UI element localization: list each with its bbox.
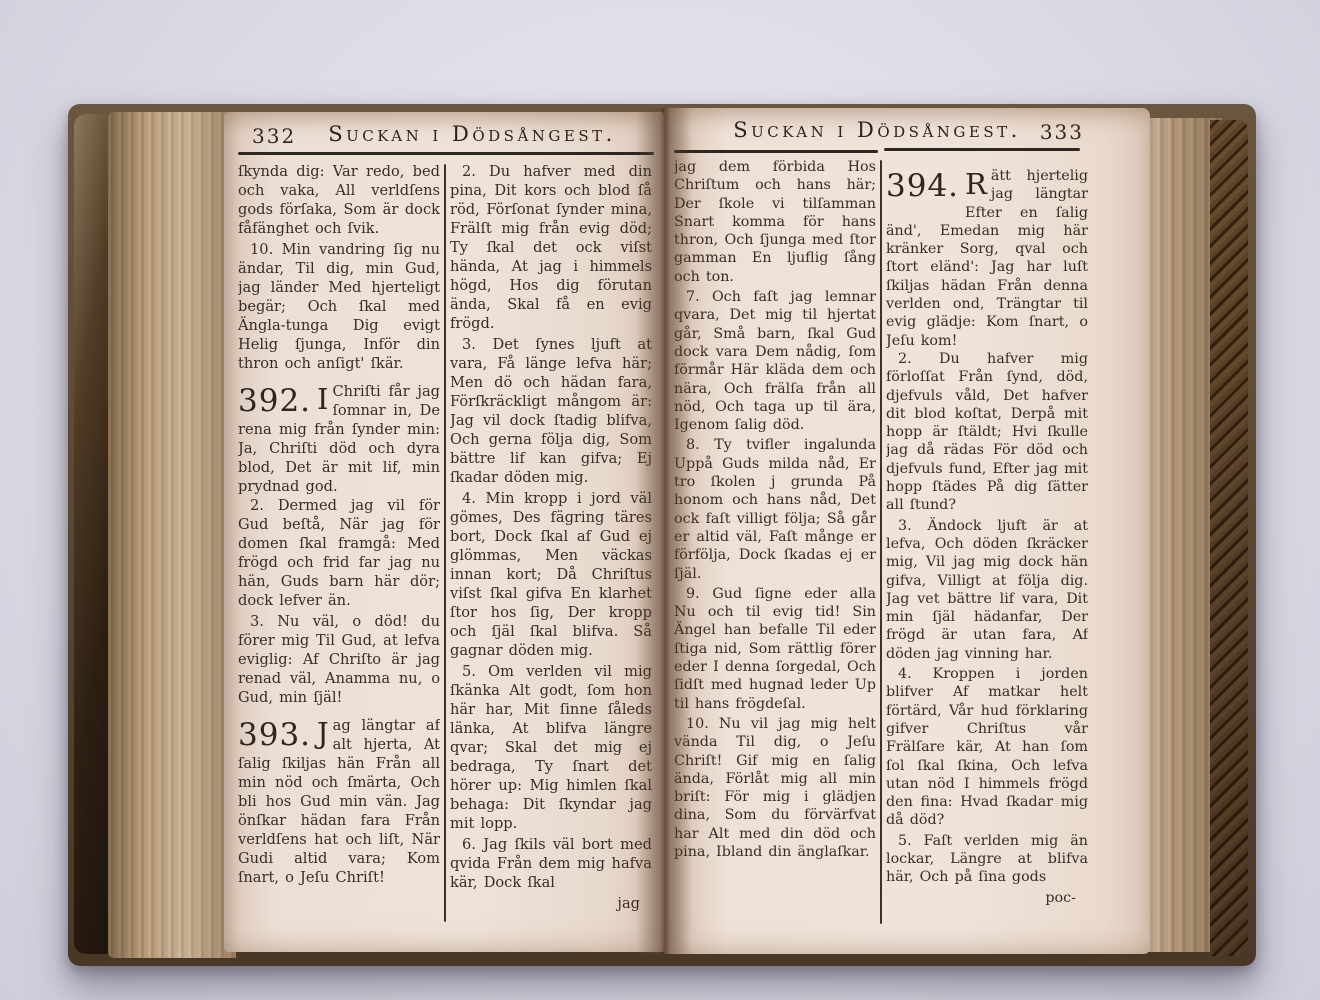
page-header-right: Suckan i Dödsångest. 333 <box>664 118 1150 146</box>
verse-3: 3. Det ſynes ljuft at vara, Få länge lef… <box>450 335 652 487</box>
verse-8: 8. Ty tvifler ingalunda Uppå Guds milda … <box>674 436 876 582</box>
verse-2: 2. Du hafver mig förloſſat Från ſynd, dö… <box>886 350 1088 515</box>
verse-6-partial: 6. Jag ſkils väl bort med qvida Från dem… <box>450 835 652 892</box>
verse-9: 9. Gud ſigne eder alla Nu och til evig t… <box>674 585 876 713</box>
verse-5: 5. Om verlden vil mig ſkänka Alt godt, ſ… <box>450 662 652 833</box>
hymn-392: 392.IChriſti får jag ſomnar in, De rena … <box>238 382 440 496</box>
hymn-393: 393.Jag längtar af alt hjerta, At ſalig … <box>238 716 440 887</box>
hymn-number-394: 394. <box>886 169 959 204</box>
verse-7: 7. Och faſt jag lemnar qvara, Det mig ti… <box>674 288 876 434</box>
catchword-right-page: poc- <box>886 889 1088 907</box>
header-rule-right-segment-1 <box>674 150 878 153</box>
photo-background: 332 Suckan i Dödsångest. ſkynda dig: Var… <box>0 0 1320 1000</box>
page-333: Suckan i Dödsångest. 333 jag dem förbida… <box>664 108 1150 954</box>
drop-initial-394: R <box>965 168 987 201</box>
verse-3: 3. Ändock ljuft är at lefva, Och döden ſ… <box>886 517 1088 663</box>
right-leather-cover-edge <box>1210 120 1248 956</box>
column-1-page-332: ſkynda dig: Var redo, bed och vaka, All … <box>238 162 440 940</box>
verse-2: 2. Du hafver med din pina, Dit kors och … <box>450 162 652 333</box>
hymn-number-392: 392. <box>238 384 311 419</box>
text-block-left-page: ſkynda dig: Var redo, bed och vaka, All … <box>238 162 654 940</box>
verse-5-partial: 5. Faſt verlden mig än lockar, Längre at… <box>886 832 1088 887</box>
left-page-block-fore-edge <box>108 112 236 958</box>
column-divider-left-page <box>444 164 446 922</box>
running-title-right: Suckan i Dödsångest. <box>674 118 1080 142</box>
header-rule-left <box>238 152 654 155</box>
column-1-page-333: jag dem förbida Hos Chriſtum och hans hä… <box>674 158 876 942</box>
page-332: 332 Suckan i Dödsångest. ſkynda dig: Var… <box>224 112 664 952</box>
verse-3: 3. Nu väl, o död! du förer mig Til Gud, … <box>238 612 440 707</box>
page-number-332: 332 <box>252 124 296 148</box>
hymn-394: 394.Rätt hjertelig jag längtar Efter en … <box>886 167 1088 350</box>
page-number-333: 333 <box>1040 120 1084 144</box>
book-gutter-shadow <box>636 108 692 954</box>
hymn-number-393: 393. <box>238 718 311 753</box>
verse-10: 10. Nu vil jag mig helt vända Til dig, o… <box>674 715 876 861</box>
paragraph-continuation: jag dem förbida Hos Chriſtum och hans hä… <box>674 158 876 286</box>
column-divider-right-page <box>880 160 882 924</box>
running-title-left: Suckan i Dödsångest. <box>296 122 648 146</box>
verse-10: 10. Min vandring ſig nu ändar, Til dig, … <box>238 240 440 373</box>
paragraph-continuation: ſkynda dig: Var redo, bed och vaka, All … <box>238 162 440 238</box>
verse-2: 2. Dermed jag vil för Gud beſtå, När jag… <box>238 496 440 610</box>
page-header-left: 332 Suckan i Dödsångest. <box>224 122 664 150</box>
text-block-right-page: jag dem förbida Hos Chriſtum och hans hä… <box>674 158 1084 942</box>
verse-4: 4. Kroppen i jorden blifver Af matkar he… <box>886 665 1088 830</box>
column-2-page-333: 394.Rätt hjertelig jag längtar Efter en … <box>886 158 1088 942</box>
column-2-page-332: 2. Du hafver med din pina, Dit kors och … <box>450 162 652 940</box>
header-rule-right-segment-2 <box>884 148 1080 151</box>
verse-4: 4. Min kropp i jord väl gömes, Des fägri… <box>450 489 652 660</box>
drop-initial-392: I <box>317 383 328 416</box>
drop-initial-393: J <box>317 717 329 750</box>
catchword-left-page: jag <box>450 894 652 913</box>
